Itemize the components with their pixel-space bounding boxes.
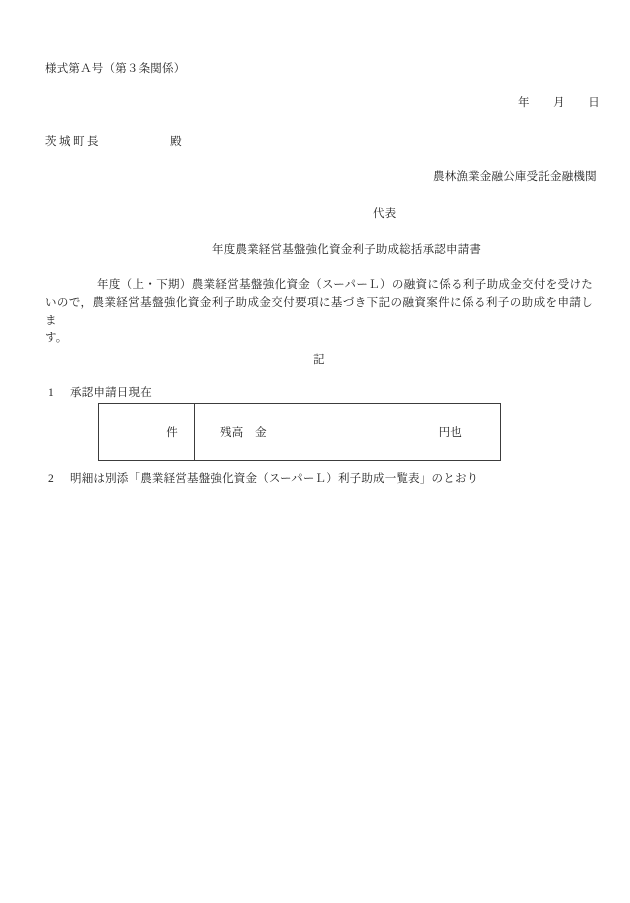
section-2-row: 2明細は別添「農業経営基盤強化資金（スーパーＬ）利子助成一覧表」のとおり xyxy=(48,470,478,486)
organization-name: 農林漁業金融公庫受託金融機関 xyxy=(433,168,597,184)
section-1-row: 1承認申請日現在 xyxy=(48,384,152,400)
body-paragraph: 年度（上・下期）農業経営基盤強化資金（スーパーＬ）の融資に係る利子助成金交付を受… xyxy=(45,277,593,348)
amount-suffix-label: 円也 xyxy=(439,424,462,440)
section-1-number: 1 xyxy=(48,387,70,399)
unit-label: 件 xyxy=(166,424,178,440)
body-line-3: す。 xyxy=(45,330,593,348)
recipient-name: 茨城町長 xyxy=(45,136,101,148)
table-cell-unit: 件 xyxy=(99,404,195,460)
form-number-label: 様式第Ａ号（第３条関係） xyxy=(45,60,185,76)
document-title: 年度農業経営基盤強化資金利子助成総括承認申請書 xyxy=(212,241,481,257)
table-cell-balance: 残高 金 円也 xyxy=(195,404,500,460)
recipient-row: 茨城町長 殿 xyxy=(45,133,182,149)
document-page: 様式第Ａ号（第３条関係） 年 月 日 茨城町長 殿 農林漁業金融公庫受託金融機関… xyxy=(0,0,630,903)
balance-label: 残高 金 xyxy=(220,424,267,440)
body-line-1: 年度（上・下期）農業経営基盤強化資金（スーパーＬ）の融資に係る利子助成金交付を受… xyxy=(45,277,593,295)
section-2-number: 2 xyxy=(48,473,70,485)
balance-table: 件 残高 金 円也 xyxy=(98,403,501,461)
recipient-honorific: 殿 xyxy=(170,136,182,148)
notice-marker: 記 xyxy=(45,351,593,367)
body-line-2: いので，農業経営基盤強化資金利子助成金交付要項に基づき下記の融資案件に係る利子の… xyxy=(45,295,593,331)
section-2-label: 明細は別添「農業経営基盤強化資金（スーパーＬ）利子助成一覧表」のとおり xyxy=(70,473,478,485)
section-1-label: 承認申請日現在 xyxy=(70,387,152,399)
date-line: 年 月 日 xyxy=(518,94,600,110)
representative-label: 代表 xyxy=(373,205,396,221)
